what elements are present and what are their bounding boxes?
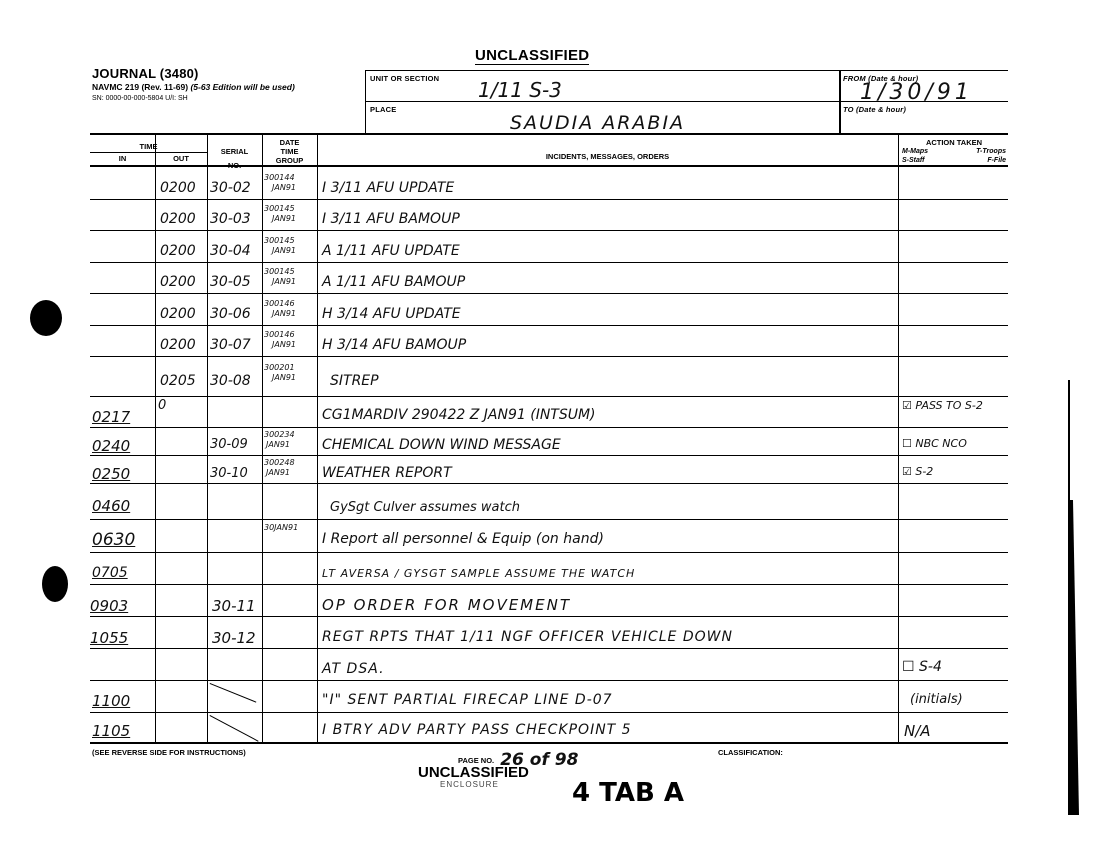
time-in[interactable]: 0630 — [92, 530, 135, 550]
action-taken[interactable]: N/A — [904, 722, 931, 740]
header-dtg: DATE TIME GROUP — [262, 138, 317, 165]
classification-bottom: UNCLASSIFIED — [418, 764, 529, 781]
incident-text[interactable]: LT AVERSA / GYSGT SAMPLE ASSUME THE WATC… — [322, 567, 635, 580]
table-top-rule — [90, 133, 1008, 135]
place-value[interactable]: SAUDIA ARABIA — [510, 112, 685, 134]
dtg[interactable]: 300248 JAN91 — [264, 458, 295, 478]
time-in[interactable]: 0705 — [92, 565, 128, 581]
row-line — [90, 552, 1008, 553]
time-in[interactable]: 1105 — [92, 722, 130, 740]
time-out[interactable]: 0200 — [160, 243, 196, 259]
dtg[interactable]: 300201 JAN91 — [264, 363, 296, 383]
serial-no[interactable]: 30-02 — [210, 180, 251, 196]
action-taken[interactable]: ☑ PASS TO S-2 — [902, 400, 1002, 412]
time-out[interactable]: 0200 — [160, 180, 196, 196]
action-taken[interactable]: ☐ S-4 — [902, 659, 942, 675]
row-line — [90, 483, 1008, 484]
time-out[interactable]: 0200 — [160, 306, 196, 322]
incident-text[interactable]: WEATHER REPORT — [322, 465, 452, 481]
dtg[interactable]: 300234 JAN91 — [264, 430, 295, 450]
incident-text[interactable]: SITREP — [330, 373, 379, 389]
header-in: IN — [90, 154, 155, 163]
row-line — [90, 396, 1008, 397]
action-taken[interactable]: ☐ NBC NCO — [902, 437, 967, 450]
time-out[interactable]: 0200 — [160, 274, 196, 290]
row-line — [90, 455, 1008, 456]
col-line-action — [898, 133, 899, 743]
scan-edge-shadow — [1069, 500, 1079, 815]
incident-text[interactable]: OP ORDER FOR MOVEMENT — [322, 596, 571, 614]
row-line — [90, 616, 1008, 617]
incident-text[interactable]: A 1/11 AFU UPDATE — [322, 243, 460, 259]
incident-text[interactable]: I BTRY ADV PARTY PASS CHECKPOINT 5 — [322, 722, 632, 738]
serial-no[interactable]: 30-06 — [210, 306, 251, 322]
row-line — [90, 356, 1008, 357]
time-out[interactable]: 0 — [158, 398, 166, 413]
serial-no[interactable]: 30-12 — [212, 629, 256, 647]
incident-text[interactable]: CG1MARDIV 290422 Z JAN91 (INTSUM) — [322, 407, 596, 423]
unit-label: UNIT OR SECTION — [370, 74, 439, 83]
enclosure-stamp: ENCLOSURE — [440, 780, 499, 789]
serial-void-stroke — [210, 715, 259, 742]
incident-text[interactable]: I 3/11 AFU UPDATE — [322, 180, 454, 196]
action-taken[interactable]: (initials) — [910, 692, 963, 707]
form-title: JOURNAL (3480) — [92, 66, 199, 81]
form-stock-number: SN: 0000-00-000-5804 U/I: SH — [92, 95, 188, 102]
from-box-left — [839, 70, 840, 133]
header-out: OUT — [155, 154, 207, 163]
dtg[interactable]: 300146 JAN91 — [264, 299, 296, 319]
header-incidents: INCIDENTS, MESSAGES, ORDERS — [317, 152, 898, 161]
place-label: PLACE — [370, 105, 396, 114]
header-time: TIME — [90, 142, 207, 151]
serial-no[interactable]: 30-08 — [210, 373, 251, 389]
time-in[interactable]: 0240 — [92, 437, 130, 455]
serial-no[interactable]: 30-07 — [210, 337, 251, 353]
time-in[interactable]: 1055 — [90, 629, 128, 647]
row-line — [90, 293, 1008, 294]
incident-text[interactable]: CHEMICAL DOWN WIND MESSAGE — [322, 437, 561, 453]
form-number: NAVMC 219 (Rev. 11-69) — [92, 82, 188, 92]
time-in[interactable]: 0460 — [92, 497, 130, 515]
time-in[interactable]: 0250 — [92, 465, 130, 483]
col-line-incidents — [317, 133, 318, 743]
incident-text[interactable]: H 3/14 AFU UPDATE — [322, 306, 461, 322]
time-out[interactable]: 0205 — [160, 373, 196, 389]
serial-no[interactable]: 30-05 — [210, 274, 251, 290]
from-value[interactable]: 1/30/91 — [860, 80, 973, 105]
dtg[interactable]: 300146 JAN91 — [264, 330, 296, 350]
row-line — [90, 230, 1008, 231]
time-in[interactable]: 0903 — [90, 597, 128, 615]
time-out[interactable]: 0200 — [160, 337, 196, 353]
serial-no[interactable]: 30-11 — [212, 597, 256, 615]
row-line — [90, 712, 1008, 713]
dtg[interactable]: 30JAN91 — [264, 523, 298, 533]
form-subtitle: NAVMC 219 (Rev. 11-69) (5-63 Edition wil… — [92, 82, 295, 92]
time-in[interactable]: 0217 — [92, 408, 130, 426]
action-taken[interactable]: ☑ S-2 — [902, 465, 933, 478]
row-line — [90, 262, 1008, 263]
incident-text[interactable]: I 3/11 AFU BAMOUP — [322, 211, 460, 227]
incident-text[interactable]: GySgt Culver assumes watch — [330, 500, 520, 515]
incident-text[interactable]: H 3/14 AFU BAMOUP — [322, 337, 466, 353]
header-time-divider — [90, 152, 207, 153]
col-line-out — [155, 133, 156, 743]
dtg[interactable]: 300144 JAN91 — [264, 173, 296, 193]
header-serial: SERIAL NO. — [207, 145, 262, 173]
classification-label: CLASSIFICATION: — [718, 748, 783, 757]
serial-no[interactable]: 30-03 — [210, 211, 251, 227]
time-in[interactable]: 1100 — [92, 692, 130, 710]
serial-void-stroke — [210, 683, 257, 703]
col-line-serial — [207, 133, 208, 743]
row-line — [90, 584, 1008, 585]
incident-text[interactable]: REGT RPTS THAT 1/11 NGF OFFICER VEHICLE … — [322, 629, 733, 645]
col-line-dtg — [262, 133, 263, 743]
row-line — [90, 648, 1008, 649]
classification-top: UNCLASSIFIED — [475, 48, 589, 65]
row-line — [90, 427, 1008, 428]
incident-text[interactable]: A 1/11 AFU BAMOUP — [322, 274, 465, 290]
serial-no[interactable]: 30-09 — [210, 437, 248, 452]
instructions-note: (SEE REVERSE SIDE FOR INSTRUCTIONS) — [92, 748, 246, 757]
punch-hole-bottom — [42, 566, 68, 602]
unit-value[interactable]: 1/11 S-3 — [478, 78, 562, 102]
row-line — [90, 519, 1008, 520]
header-action: ACTION TAKEN M-Maps T-Troops S-Staff F-F… — [900, 138, 1008, 165]
serial-no[interactable]: 30-10 — [210, 466, 248, 481]
punch-hole-top — [30, 300, 62, 336]
row-line — [90, 199, 1008, 200]
row-line — [90, 325, 1008, 326]
dtg[interactable]: 300145 JAN91 — [264, 204, 296, 224]
dtg[interactable]: 300145 JAN91 — [264, 267, 296, 287]
incident-text[interactable]: I Report all personnel & Equip (on hand) — [322, 531, 604, 547]
form-edition-note: (5-63 Edition will be used) — [190, 82, 294, 92]
to-label: TO (Date & hour) — [843, 105, 906, 114]
from-box-top — [839, 70, 1008, 71]
incident-text[interactable]: "I" SENT PARTIAL FIRECAP LINE D-07 — [322, 692, 613, 708]
incident-text[interactable]: AT DSA. — [322, 661, 385, 677]
serial-no[interactable]: 30-04 — [210, 243, 251, 259]
header-bottom-rule — [90, 165, 1008, 167]
table-bottom-rule — [90, 742, 1008, 744]
dtg[interactable]: 300145 JAN91 — [264, 236, 296, 256]
tab-annotation: 4 TAB A — [572, 778, 684, 808]
row-line — [90, 680, 1008, 681]
time-out[interactable]: 0200 — [160, 211, 196, 227]
